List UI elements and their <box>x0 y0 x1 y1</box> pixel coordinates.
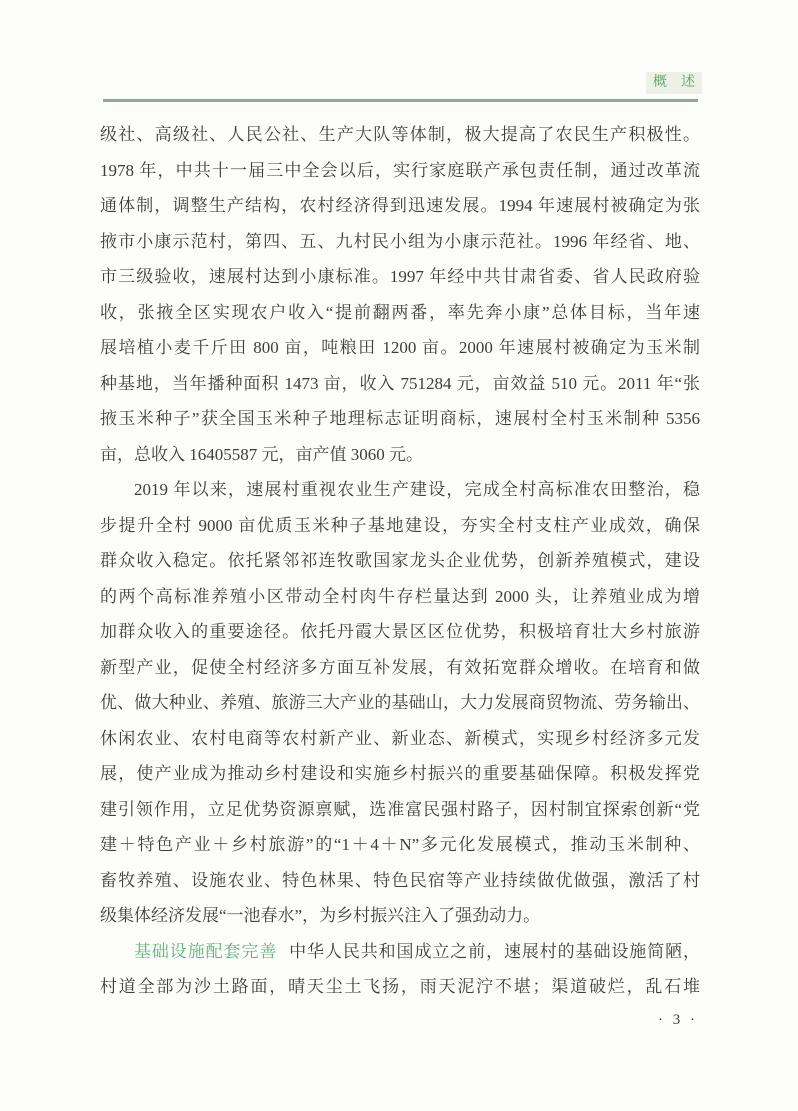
paragraph: 基础设施配套完善中华人民共和国成立之前，速展村的基础设施简陋， 村道全部为沙土路… <box>100 934 700 1005</box>
text-line: 村道全部为沙土路面，晴天尘土飞扬，雨天泥泞不堪；渠道破烂，乱石堆 <box>100 969 700 1005</box>
text-line: 的两个高标准养殖小区带动全村肉牛存栏量达到 2000 头，让养殖业成为增 <box>100 579 700 615</box>
subsection-heading: 基础设施配套完善 <box>134 942 277 961</box>
text-line: 休闲农业、农村电商等农村新产业、新业态、新模式，实现乡村经济多元发 <box>100 721 700 757</box>
page-body-text: 级社、高级社、人民公社、生产大队等体制，极大提高了农民生产积极性。 1978 年… <box>100 117 700 1005</box>
running-header-section-label: 概 述 <box>646 72 702 94</box>
text-line: 级社、高级社、人民公社、生产大队等体制，极大提高了农民生产积极性。 <box>100 117 700 153</box>
text-line: 2019 年以来，速展村重视农业生产建设，完成全村高标准农田整治，稳 <box>100 472 700 508</box>
text-line: 步提升全村 9000 亩优质玉米种子基地建设，夯实全村支柱产业成效，确保 <box>100 508 700 544</box>
text-line: 展培植小麦千斤田 800 亩，吨粮田 1200 亩。2000 年速展村被确定为玉… <box>100 330 700 366</box>
text-line: 级集体经济发展“一池春水”，为乡村振兴注入了强劲动力。 <box>100 898 700 934</box>
text-run: 中华人民共和国成立之前，速展村的基础设施简陋， <box>289 942 700 961</box>
text-line: 群众收入稳定。依托紧邻祁连牧歌国家龙头企业优势，创新养殖模式，建设 <box>100 543 700 579</box>
text-line: 建引领作用，立足优势资源禀赋，选准富民强村路子，因村制宜探索创新“党 <box>100 792 700 828</box>
text-line: 掖市小康示范村，第四、五、九村民小组为小康示范社。1996 年经省、地、 <box>100 224 700 260</box>
text-line: 收，张掖全区实现农户收入“提前翻两番，率先奔小康”总体目标，当年速 <box>100 295 700 331</box>
text-line: 基础设施配套完善中华人民共和国成立之前，速展村的基础设施简陋， <box>100 934 700 970</box>
text-line: 优、做大种业、养殖、旅游三大产业的基础山，大力发展商贸物流、劳务输出、 <box>100 685 700 721</box>
text-line: 新型产业，促使全村经济多方面互补发展，有效拓宽群众增收。在培育和做 <box>100 650 700 686</box>
text-line: 畜牧养殖、设施农业、特色林果、特色民宿等产业持续做优做强，激活了村 <box>100 863 700 899</box>
text-line: 展，使产业成为推动乡村建设和实施乡村振兴的重要基础保障。积极发挥党 <box>100 756 700 792</box>
text-line: 加群众收入的重要途径。依托丹霞大景区区位优势，积极培育壮大乡村旅游 <box>100 614 700 650</box>
text-line: 通体制，调整生产结构，农村经济得到迅速发展。1994 年速展村被确定为张 <box>100 188 700 224</box>
paragraph: 2019 年以来，速展村重视农业生产建设，完成全村高标准农田整治，稳 步提升全村… <box>100 472 700 934</box>
text-line: 1978 年，中共十一届三中全会以后，实行家庭联产承包责任制，通过改革流 <box>100 153 700 189</box>
header-rule <box>103 99 698 102</box>
page-number: · 3 · <box>658 1012 698 1029</box>
text-line: 建＋特色产业＋乡村旅游”的“1＋4＋N”多元化发展模式，推动玉米制种、 <box>100 827 700 863</box>
paragraph: 级社、高级社、人民公社、生产大队等体制，极大提高了农民生产积极性。 1978 年… <box>100 117 700 472</box>
text-line: 掖玉米种子”获全国玉米种子地理标志证明商标，速展村全村玉米制种 5356 <box>100 401 700 437</box>
text-line: 亩，总收入 16405587 元，亩产值 3060 元。 <box>100 437 700 473</box>
text-line: 种基地，当年播种面积 1473 亩，收入 751284 元，亩效益 510 元。… <box>100 366 700 402</box>
text-line: 市三级验收，速展村达到小康标准。1997 年经中共甘肃省委、省人民政府验 <box>100 259 700 295</box>
